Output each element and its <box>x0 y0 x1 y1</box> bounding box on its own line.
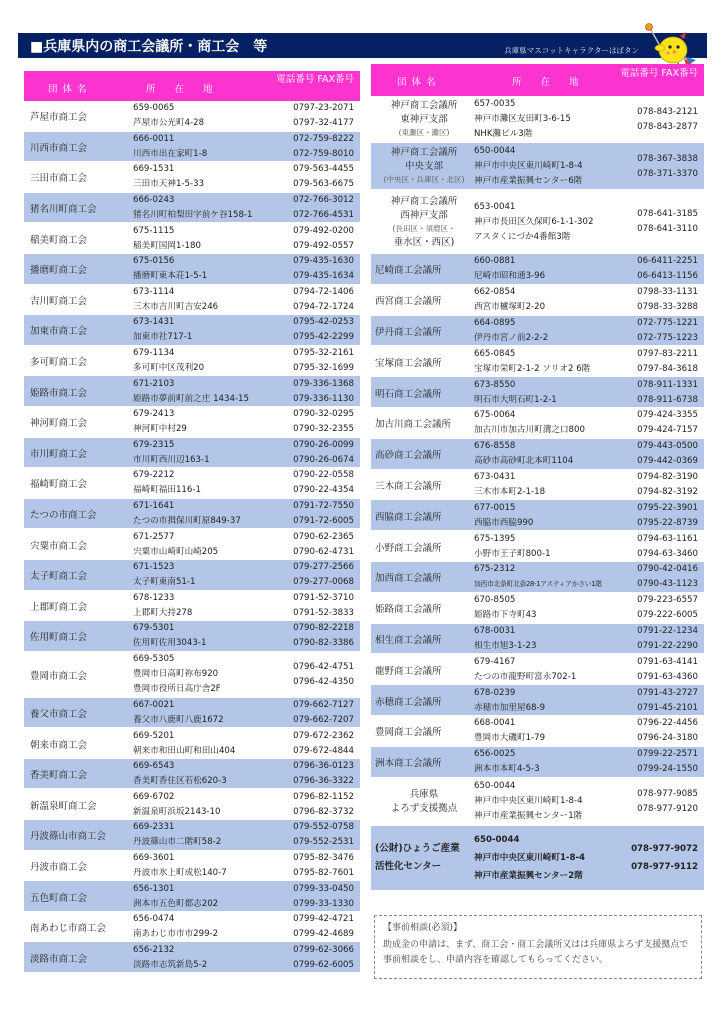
org-name: 姫路市商工会 <box>30 385 87 399</box>
table-row: 豊岡商工会議所668-0041豊岡市大磯町1-790796-22-4456079… <box>371 716 704 747</box>
address-line: たつの市龍野町富永702-1 <box>474 670 576 685</box>
table-row: 西脇商工会議所677-0015西脇市西脇9900795-22-39010795-… <box>371 500 704 531</box>
postal-code: 664-0895 <box>474 316 548 331</box>
org-address: 673-0431三木市本町2-1-18 <box>474 470 545 500</box>
address-line: 高砂市高砂町北本町1104 <box>474 454 573 469</box>
postal-code: 650-0044 <box>474 831 585 849</box>
phone-number: 079-443-0500 <box>637 439 698 454</box>
postal-code: 650-0044 <box>474 779 583 794</box>
address-line: 丹波市氷上町成松140-7 <box>133 866 227 881</box>
phone-number: 0790-42-0416 <box>637 562 698 577</box>
org-name: 丹波篠山市商工会 <box>30 828 106 842</box>
table-row: 尼崎商工会議所660-0881尼崎市昭和通3-9606-6411-225106-… <box>371 254 704 285</box>
postal-code: 679-2315 <box>133 438 210 453</box>
postal-code: 662-0854 <box>474 285 545 300</box>
postal-code: 678-0031 <box>474 624 536 639</box>
address-line: 小野市王子町800-1 <box>474 547 551 562</box>
table-header: 団体名 所 在 地 電話番号 FAX番号 <box>24 71 360 101</box>
table-row: 播磨町商工会675-0156播磨町東本荘1-5-1079-435-1630079… <box>24 254 360 285</box>
postal-code: 668-0041 <box>474 716 545 731</box>
org-phone-fax: 0790-82-22180790-82-3386 <box>293 621 354 651</box>
postal-code: 671-1523 <box>133 560 195 575</box>
phone-number: 0798-33-1131 <box>637 285 698 300</box>
table-row: 朝来市商工会669-5201朝来市和田山町和田山404079-672-23620… <box>24 728 360 759</box>
postal-code: 669-6702 <box>133 790 220 805</box>
org-phone-fax: 0796-36-01230796-36-3322 <box>293 759 354 789</box>
postal-code: 675-1115 <box>133 224 201 239</box>
org-address: 671-1523太子町東南51-1 <box>133 560 195 590</box>
column-header-name: 団体名 <box>397 74 441 88</box>
org-name: 加古川商工会議所 <box>375 416 451 430</box>
table-row: 吉川町商工会673-1114三木市吉川町吉安2460794-72-1406079… <box>24 285 360 316</box>
org-address: 678-1233上郡町大持278 <box>133 591 192 621</box>
org-phone-fax: 0796-22-44560796-24-3180 <box>637 716 698 746</box>
org-address: 659-0065芦屋市公光町4-28 <box>133 101 204 131</box>
org-address: 650-0044神戸市中央区東川崎町1-8-4神戸市産業振興センター1階 <box>474 779 583 824</box>
org-name: 多可町商工会 <box>30 354 87 368</box>
address-line: 尼崎市昭和通3-96 <box>474 269 545 284</box>
phone-number: 0799-62-3066 <box>293 943 354 958</box>
phone-number: 0790-62-2365 <box>293 530 354 545</box>
address-line: 相生市旭3-1-23 <box>474 639 536 654</box>
phone-number: 0799-33-0450 <box>293 882 354 897</box>
org-name: 姫路商工会議所 <box>375 601 442 615</box>
fax-number: 0790-62-4731 <box>293 545 354 560</box>
phone-number: 0791-72-7550 <box>293 499 354 514</box>
table-row: 新温泉町商工会669-6702新温泉町浜坂2143-100796-82-1152… <box>24 789 360 820</box>
address-line: 姫路市夢前町前之庄 1434-15 <box>133 392 249 407</box>
table-row: 多可町商工会679-1134多可町中区茂利200795-32-21610795-… <box>24 346 360 377</box>
org-address: 671-2103姫路市夢前町前之庄 1434-15 <box>133 377 249 407</box>
fax-number: 0790-26-0674 <box>293 453 354 468</box>
table-row: 姫路市商工会671-2103姫路市夢前町前之庄 1434-15079-336-1… <box>24 376 360 407</box>
address-line: 洲本市本町4-5-3 <box>474 762 540 777</box>
postal-code: 666-0243 <box>133 193 253 208</box>
table-row: 姫路商工会議所670-8505姫路市下寺町43079-223-6557079-2… <box>371 593 704 624</box>
org-phone-fax: 078-911-1331078-911-6738 <box>637 378 698 408</box>
postal-code: 673-1114 <box>133 285 218 300</box>
column-header-tel-fax: 電話番号 FAX番号 <box>276 73 354 87</box>
fax-number: 072-766-4531 <box>293 208 354 223</box>
org-name: 豊岡市商工会 <box>30 668 87 682</box>
org-phone-fax: 0797-23-20710797-32-4177 <box>293 101 354 131</box>
org-name: たつの市商工会 <box>30 507 97 521</box>
table-row: 福崎町商工会679-2212福崎町福田116-10790-22-05580790… <box>24 468 360 499</box>
org-address: 656-0474南あわじ市市市299-2 <box>133 912 218 942</box>
org-address: 669-3601丹波市氷上町成松140-7 <box>133 851 227 881</box>
postal-code: 678-0239 <box>474 686 545 701</box>
fax-number: 078-911-6738 <box>637 393 698 408</box>
postal-code: 650-0044 <box>474 144 583 159</box>
table-row: 上郡町商工会678-1233上郡町大持2780791-52-37100791-5… <box>24 591 360 622</box>
address-line: 加古川市加古川町溝之口800 <box>474 423 585 438</box>
org-phone-fax: 0794-72-14060794-72-1724 <box>293 285 354 315</box>
org-name: 西脇商工会議所 <box>375 509 442 523</box>
phone-number: 079-424-3355 <box>637 408 698 423</box>
address-line: 西宮市櫨塚町2-20 <box>474 300 545 315</box>
org-name: 上郡町商工会 <box>30 599 87 613</box>
table-header: 団体名 所 在 地 電話番号 FAX番号 <box>371 64 704 96</box>
address-line: 新温泉町浜坂2143-10 <box>133 805 220 820</box>
org-address: 678-0239赤穂市加里屋68-9 <box>474 686 545 716</box>
org-address: 650-0044神戸市中央区東川崎町1-8-4神戸市産業振興センター2階 <box>474 831 585 885</box>
org-address: 677-0015西脇市西脇990 <box>474 501 533 531</box>
org-phone-fax: 0795-32-21610795-32-1699 <box>293 346 354 376</box>
table-row: 養父市商工会667-0021養父市八鹿町八鹿1672079-662-712707… <box>24 698 360 729</box>
org-phone-fax: 072-775-1221072-775-1223 <box>637 316 698 346</box>
org-phone-fax: 0797-83-22110797-84-3618 <box>637 347 698 377</box>
address-line: 多可町中区茂利20 <box>133 361 204 376</box>
phone-number: 0791-52-3710 <box>293 591 354 606</box>
fax-number: 0796-36-3322 <box>293 774 354 789</box>
postal-code: 665-0845 <box>474 347 590 362</box>
org-name: 稲美町商工会 <box>30 232 87 246</box>
notice-title: 【事前相談(必須)】 <box>383 921 693 936</box>
org-name: 西宮商工会議所 <box>375 293 442 307</box>
address-line: 明石市大明石町1-2-1 <box>474 393 557 408</box>
fax-number: 078-977-9112 <box>631 858 698 876</box>
fax-number: 079-552-2531 <box>293 835 354 850</box>
fax-number: 079-424-7157 <box>637 423 698 438</box>
address-line: アスタくにづか4番館3階 <box>474 230 593 245</box>
fax-number: 0796-24-3180 <box>637 731 698 746</box>
address-line: 豊岡市役所日高庁舎2F <box>133 682 221 697</box>
fax-number: 079-222-6005 <box>637 608 698 623</box>
fax-number: 0790-82-3386 <box>293 636 354 651</box>
table-row: 五色町商工会656-1301洲本市五色町都志2020799-33-0450079… <box>24 881 360 912</box>
org-name: 宍粟市商工会 <box>30 538 87 552</box>
org-name: (公財)ひょうご産業活性化センター <box>375 840 485 876</box>
org-name: 尼崎商工会議所 <box>375 262 442 276</box>
postal-code: 671-2103 <box>133 377 249 392</box>
org-name: 高砂商工会議所 <box>375 447 442 461</box>
phone-number: 079-336-1368 <box>293 377 354 392</box>
fax-number: 078-641-3110 <box>637 222 698 237</box>
column-header-address: 所 在 地 <box>512 74 587 88</box>
org-phone-fax: 079-424-3355079-424-7157 <box>637 408 698 438</box>
phone-number: 0791-43-2727 <box>637 686 698 701</box>
fax-number: 0794-82-3192 <box>637 485 698 500</box>
table-row: 小野商工会議所675-1395小野市王子町800-10794-63-116107… <box>371 531 704 562</box>
postal-code: 671-2577 <box>133 530 218 545</box>
phone-number: 079-662-7127 <box>293 698 354 713</box>
fax-number: 0790-22-4354 <box>293 483 354 498</box>
fax-number: 0791-45-2101 <box>637 701 698 716</box>
org-name: 神河町商工会 <box>30 415 87 429</box>
org-address: 656-1301洲本市五色町都志202 <box>133 882 218 912</box>
phone-number: 0796-22-4456 <box>637 716 698 731</box>
address-line: 太子町東南51-1 <box>133 575 195 590</box>
org-address: 656-0025洲本市本町4-5-3 <box>474 747 540 777</box>
address-line: 神戸市産業振興センター6階 <box>474 174 583 189</box>
table-row: 明石商工会議所673-8550明石市大明石町1-2-1078-911-13310… <box>371 377 704 408</box>
address-line: たつの市揖保川町原849-37 <box>133 514 241 529</box>
address-line: 南あわじ市市市299-2 <box>133 927 218 942</box>
org-phone-fax: 0791-52-37100791-52-3833 <box>293 591 354 621</box>
org-address: 660-0881尼崎市昭和通3-96 <box>474 254 545 284</box>
phone-number: 072-759-8222 <box>293 132 354 147</box>
org-name: 淡路市商工会 <box>30 951 87 965</box>
org-name: 南あわじ市商工会 <box>30 920 106 934</box>
phone-number: 0796-42-4751 <box>293 660 354 675</box>
org-name-line: (中央区・兵庫区・北区) <box>375 173 473 187</box>
org-name: 加東市商工会 <box>30 323 87 337</box>
org-address: 669-5201朝来市和田山町和田山404 <box>133 729 235 759</box>
address-line: 川西市出在家町1-8 <box>133 147 207 162</box>
org-name: 赤穂商工会議所 <box>375 694 442 708</box>
org-name: 明石商工会議所 <box>375 386 442 400</box>
org-name: 洲本商工会議所 <box>375 755 442 769</box>
fax-number: 0794-72-1724 <box>293 300 354 315</box>
org-address: 679-1134多可町中区茂利20 <box>133 346 204 376</box>
phone-number: 079-277-2566 <box>293 560 354 575</box>
table-row: 龍野商工会議所679-4167たつの市龍野町富永702-10791-63-414… <box>371 654 704 685</box>
address-line: 神戸市中央区東川崎町1-8-4 <box>474 794 583 809</box>
org-address: 679-5301佐用町佐用3043-1 <box>133 621 206 651</box>
org-phone-fax: 0799-62-30660799-62-6005 <box>293 943 354 973</box>
postal-code: 656-2132 <box>133 943 207 958</box>
org-phone-fax: 078-367-3838078-371-3370 <box>637 152 698 182</box>
address-line: 三田市天神1-5-33 <box>133 177 204 192</box>
table-row: 神戸商工会議所東神戸支部(東灘区・灘区)657-0035神戸市灘区友田町3-6-… <box>371 96 704 143</box>
org-phone-fax: 0791-72-75500791-72-6005 <box>293 499 354 529</box>
address-line: 佐用町佐用3043-1 <box>133 636 206 651</box>
org-address: 676-8558高砂市高砂町北本町1104 <box>474 439 573 469</box>
address-line: 豊岡市大磯町1-79 <box>474 731 545 746</box>
org-name: 朝来市商工会 <box>30 737 87 751</box>
org-address: 667-0021養父市八鹿町八鹿1672 <box>133 698 224 728</box>
org-address: 656-2132淡路市志筑新島5-2 <box>133 943 207 973</box>
phone-number: 078-977-9072 <box>631 840 698 858</box>
table-row: 稲美町商工会675-1115稲美町国岡1-180079-492-0200079-… <box>24 223 360 254</box>
address-line: 三木市吉川町吉安246 <box>133 300 218 315</box>
org-phone-fax: 0798-33-11310798-33-3288 <box>637 285 698 315</box>
table-row: 神戸商工会議所西神戸支部(長田区・須磨区・垂水区・西区)653-0041神戸市長… <box>371 190 704 254</box>
org-name: 猪名川町商工会 <box>30 201 97 215</box>
phone-number: 078-843-2121 <box>637 105 698 120</box>
postal-code: 669-5201 <box>133 729 235 744</box>
postal-code: 679-2212 <box>133 468 201 483</box>
address-line: 姫路市下寺町43 <box>474 608 537 623</box>
org-address: 675-1395小野市王子町800-1 <box>474 532 551 562</box>
fax-number: 0799-42-4689 <box>293 927 354 942</box>
org-name: 播磨町商工会 <box>30 262 87 276</box>
org-name: 養父市商工会 <box>30 706 87 720</box>
org-address: 666-0243猪名川町柏梨田字前ケ谷158-1 <box>133 193 253 223</box>
table-row: 豊岡市商工会669-5305豊岡市日高町祢布920豊岡市役所日高庁舎2F0796… <box>24 652 360 698</box>
org-address: 679-2315市川町西川辺163-1 <box>133 438 210 468</box>
address-line: 上郡町大持278 <box>133 606 192 621</box>
fax-number: 079-277-0068 <box>293 575 354 590</box>
org-phone-fax: 0791-43-27270791-45-2101 <box>637 686 698 716</box>
phone-number: 078-977-9085 <box>637 787 698 802</box>
org-name: 加西商工会議所 <box>375 570 442 584</box>
table-row: たつの市商工会671-1641たつの市揖保川町原849-370791-72-75… <box>24 499 360 530</box>
org-address: 669-1531三田市天神1-5-33 <box>133 162 204 192</box>
org-address: 669-6543香美町香住区若松620-3 <box>133 759 227 789</box>
org-phone-fax: 078-843-2121078-843-2877 <box>637 105 698 135</box>
org-name: 兵庫県よろず支援拠点 <box>375 788 473 815</box>
org-phone-fax: 079-563-4455079-563-6675 <box>293 162 354 192</box>
org-name: 丹波市商工会 <box>30 859 87 873</box>
org-name: 三木商工会議所 <box>375 478 442 492</box>
address-line: 西脇市西脇990 <box>474 516 533 531</box>
org-phone-fax: 0799-42-47210799-42-4689 <box>293 912 354 942</box>
fax-number: 0799-24-1550 <box>637 762 698 777</box>
page-title: ■兵庫県内の商工会議所・商工会 等 <box>30 36 267 56</box>
postal-code: 675-1395 <box>474 532 551 547</box>
table-row: 洲本商工会議所656-0025洲本市本町4-5-30799-22-2571079… <box>371 747 704 778</box>
phone-number: 079-672-2362 <box>293 729 354 744</box>
address-line: 淡路市志筑新島5-2 <box>133 958 207 973</box>
postal-code: 679-1134 <box>133 346 204 361</box>
postal-code: 670-8505 <box>474 593 537 608</box>
address-line: 猪名川町柏梨田字前ケ谷158-1 <box>133 208 253 223</box>
org-phone-fax: 079-336-1368079-336-1130 <box>293 377 354 407</box>
column-header-address: 所 在 地 <box>146 81 221 95</box>
org-phone-fax: 0790-26-00990790-26-0674 <box>293 438 354 468</box>
postal-code: 667-0021 <box>133 698 224 713</box>
table-row: 兵庫県よろず支援拠点650-0044神戸市中央区東川崎町1-8-4神戸市産業振興… <box>371 778 704 826</box>
org-address: 669-2331丹波篠山市二階町58-2 <box>133 820 221 850</box>
org-address: 657-0035神戸市灘区友田町3-6-15NHK灘ビル3階 <box>474 97 571 142</box>
org-name: 宝塚商工会議所 <box>375 355 442 369</box>
phone-number: 0794-63-1161 <box>637 532 698 547</box>
address-line: 丹波篠山市二階町58-2 <box>133 835 221 850</box>
org-address: 679-2413神河町中村29 <box>133 407 187 437</box>
org-name-line: 中央支部 <box>375 160 473 174</box>
org-name: 川西市商工会 <box>30 140 87 154</box>
fax-number: 079-492-0557 <box>293 239 354 254</box>
org-address: 668-0041豊岡市大磯町1-79 <box>474 716 545 746</box>
org-name-line: 活性化センター <box>375 858 485 876</box>
org-name: 五色町商工会 <box>30 890 87 904</box>
org-phone-fax: 0795-42-02530795-42-2299 <box>293 315 354 345</box>
address-line: 神河町中村29 <box>133 422 187 437</box>
org-address: 665-0845宝塚市栄町2-1-2 ソリオ2 6階 <box>474 347 590 377</box>
postal-code: 677-0015 <box>474 501 533 516</box>
org-name-line: よろず支援拠点 <box>375 802 473 816</box>
phone-number: 079-435-1630 <box>293 254 354 269</box>
fax-number: 0791-72-6005 <box>293 514 354 529</box>
org-phone-fax: 0799-22-25710799-24-1550 <box>637 747 698 777</box>
fax-number: 0795-22-8739 <box>637 516 698 531</box>
phone-number: 0795-32-2161 <box>293 346 354 361</box>
phone-number: 0796-82-1152 <box>293 790 354 805</box>
phone-number: 0794-82-3190 <box>637 470 698 485</box>
table-row: 赤穂商工会議所678-0239赤穂市加里屋68-90791-43-2727079… <box>371 685 704 716</box>
table-row: 香美町商工会669-6543香美町香住区若松620-30796-36-01230… <box>24 759 360 790</box>
table-row: (公財)ひょうご産業活性化センター650-0044神戸市中央区東川崎町1-8-4… <box>371 826 704 891</box>
phone-number: 0795-22-3901 <box>637 501 698 516</box>
org-address: 678-0031相生市旭3-1-23 <box>474 624 536 654</box>
phone-number: 072-775-1221 <box>637 316 698 331</box>
org-address: 679-2212福崎町福田116-1 <box>133 468 201 498</box>
org-phone-fax: 0796-82-11520796-82-3732 <box>293 790 354 820</box>
org-address: 673-8550明石市大明石町1-2-1 <box>474 378 557 408</box>
org-phone-fax: 072-759-8222072-759-8010 <box>293 132 354 162</box>
phone-number: 078-641-3185 <box>637 207 698 222</box>
address-line: 宍粟市山崎町山崎205 <box>133 545 218 560</box>
address-line: 神戸市灘区友田町3-6-15 <box>474 112 571 127</box>
fax-number: 078-843-2877 <box>637 120 698 135</box>
org-phone-fax: 0795-82-34760795-82-7601 <box>293 851 354 881</box>
phone-number: 0790-26-0099 <box>293 438 354 453</box>
fax-number: 0799-62-6005 <box>293 958 354 973</box>
org-name: 三田市商工会 <box>30 170 87 184</box>
org-name-line: 垂水区・西区) <box>375 236 473 250</box>
postal-code: 675-0064 <box>474 408 585 423</box>
org-phone-fax: 0790-32-02950790-32-2355 <box>293 407 354 437</box>
org-address: 671-1641たつの市揖保川町原849-37 <box>133 499 241 529</box>
org-phone-fax: 078-977-9072078-977-9112 <box>631 840 698 876</box>
org-name: 芦屋市商工会 <box>30 109 87 123</box>
table-row: 三木商工会議所673-0431三木市本町2-1-180794-82-319007… <box>371 470 704 501</box>
postal-code: 656-0025 <box>474 747 540 762</box>
table-row: 淡路市商工会656-2132淡路市志筑新島5-20799-62-30660799… <box>24 942 360 973</box>
phone-number: 0790-82-2218 <box>293 621 354 636</box>
org-address: 673-1114三木市吉川町吉安246 <box>133 285 218 315</box>
org-address: 662-0854西宮市櫨塚町2-20 <box>474 285 545 315</box>
org-address: 675-2312加西市北条町北条28-1アスティアかさい1階 <box>474 562 602 592</box>
org-phone-fax: 0790-42-04160790-43-1123 <box>637 562 698 592</box>
postal-code: 675-0156 <box>133 254 207 269</box>
phone-number: 0791-63-4141 <box>637 655 698 670</box>
phone-number: 079-223-6557 <box>637 593 698 608</box>
postal-code: 679-4167 <box>474 655 576 670</box>
postal-code: 679-2413 <box>133 407 187 422</box>
org-address: 669-5305豊岡市日高町祢布920豊岡市役所日高庁舎2F <box>133 652 221 697</box>
org-address: 653-0041神戸市長田区久保町6-1-1-302アスタくにづか4番館3階 <box>474 200 593 245</box>
fax-number: 078-371-3370 <box>637 167 698 182</box>
org-name: 神戸商工会議所東神戸支部(東灘区・灘区) <box>375 99 473 140</box>
table-row: 丹波市商工会669-3601丹波市氷上町成松140-70795-82-34760… <box>24 851 360 882</box>
org-name-line: (東灘区・灘区) <box>375 126 473 140</box>
chamber-table-right: 団体名 所 在 地 電話番号 FAX番号 神戸商工会議所東神戸支部(東灘区・灘区… <box>371 64 704 891</box>
phone-number: 06-6411-2251 <box>637 254 698 269</box>
fax-number: 079-662-7207 <box>293 713 354 728</box>
mascot-caption: 兵庫県マスコットキャラクターはばタン <box>504 45 639 56</box>
address-line: 神戸市中央区東川崎町1-8-4 <box>474 159 583 174</box>
address-line: 三木市本町2-1-18 <box>474 485 545 500</box>
fax-number: 0795-82-7601 <box>293 866 354 881</box>
fax-number: 0796-42-4350 <box>293 675 354 690</box>
table-row: 三田市商工会669-1531三田市天神1-5-33079-563-4455079… <box>24 162 360 193</box>
postal-code: 653-0041 <box>474 200 593 215</box>
phone-number: 0794-72-1406 <box>293 285 354 300</box>
postal-code: 657-0035 <box>474 97 571 112</box>
table-row: 神河町商工会679-2413神河町中村290790-32-02950790-32… <box>24 407 360 438</box>
org-name: 佐用町商工会 <box>30 629 87 643</box>
postal-code: 669-6543 <box>133 759 227 774</box>
pre-consultation-notice: 【事前相談(必須)】 助成金の申請は、まず、商工会・商工会議所又はは兵庫県よろず… <box>374 915 702 979</box>
column-header-name: 団体名 <box>48 81 92 95</box>
phone-number: 0799-22-2571 <box>637 747 698 762</box>
address-line: 豊岡市日高町祢布920 <box>133 667 221 682</box>
fax-number: 06-6413-1156 <box>637 269 698 284</box>
address-line: 朝来市和田山町和田山404 <box>133 744 235 759</box>
table-row: 丹波篠山市商工会669-2331丹波篠山市二階町58-2079-552-0758… <box>24 820 360 851</box>
org-name: 新温泉町商工会 <box>30 798 97 812</box>
org-name: 吉川町商工会 <box>30 293 87 307</box>
table-row: 宝塚商工会議所665-0845宝塚市栄町2-1-2 ソリオ2 6階0797-83… <box>371 346 704 377</box>
address-line: 香美町香住区若松620-3 <box>133 774 227 789</box>
postal-code: 656-1301 <box>133 882 218 897</box>
org-address: 666-0011川西市出在家町1-8 <box>133 132 207 162</box>
fax-number: 0790-43-1123 <box>637 577 698 592</box>
org-name: 福崎町商工会 <box>30 476 87 490</box>
address-line: 芦屋市公光町4-28 <box>133 116 204 131</box>
